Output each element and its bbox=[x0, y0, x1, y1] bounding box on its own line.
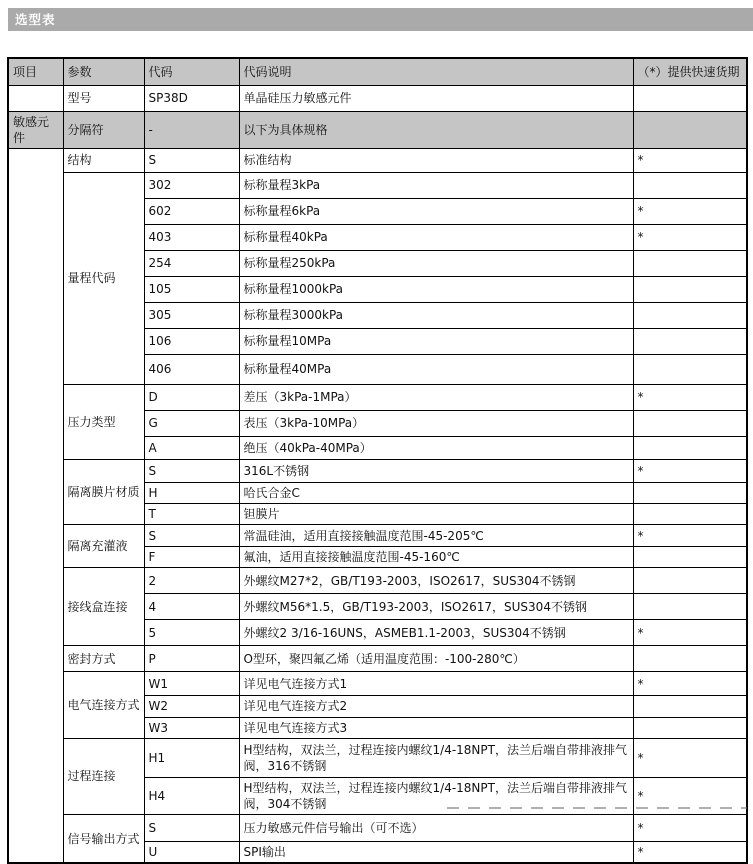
fast-cell bbox=[633, 436, 747, 459]
desc-cell: 表压（3kPa-10MPa） bbox=[239, 410, 633, 436]
fast-cell bbox=[633, 547, 747, 568]
desc-cell: SPI输出 bbox=[239, 842, 633, 864]
code-cell: S bbox=[144, 815, 239, 842]
desc-cell: H型结构，双法兰，过程连接内螺纹1/4-18NPT，法兰后端自带排液排气阀，31… bbox=[239, 738, 633, 777]
code-cell: - bbox=[144, 111, 239, 148]
table-row: 结构 S 标准结构 * bbox=[8, 148, 747, 172]
fast-cell bbox=[633, 696, 747, 717]
header-row: 项目 参数 代码 代码说明 （*）提供快速货期 bbox=[8, 58, 747, 85]
desc-cell: 外螺纹M56*1.5，GB/T193-2003，ISO2617，SUS304不锈… bbox=[239, 594, 633, 620]
fast-cell bbox=[633, 568, 747, 594]
fast-cell bbox=[633, 302, 747, 328]
code-cell: W1 bbox=[144, 672, 239, 696]
page-title: 选型表 bbox=[8, 8, 753, 31]
table-row: 压力类型 D 差压（3kPa-1MPa） * bbox=[8, 384, 747, 410]
code-cell: H1 bbox=[144, 738, 239, 777]
param-cell: 接线盒连接 bbox=[63, 568, 144, 646]
code-cell: S bbox=[144, 525, 239, 547]
param-cell: 分隔符 bbox=[63, 111, 144, 148]
code-cell: F bbox=[144, 547, 239, 568]
code-cell: 302 bbox=[144, 172, 239, 198]
desc-cell: 钽膜片 bbox=[239, 504, 633, 525]
code-cell: 406 bbox=[144, 354, 239, 384]
param-cell: 结构 bbox=[63, 148, 144, 172]
desc-cell: 标称量程40kPa bbox=[239, 224, 633, 250]
desc-cell: 标称量程40MPa bbox=[239, 354, 633, 384]
fast-cell: * bbox=[633, 620, 747, 646]
code-cell: 4 bbox=[144, 594, 239, 620]
fast-cell: * bbox=[633, 384, 747, 410]
desc-cell: 差压（3kPa-1MPa） bbox=[239, 384, 633, 410]
code-cell: W2 bbox=[144, 696, 239, 717]
desc-cell: 标准结构 bbox=[239, 148, 633, 172]
desc-cell: 外螺纹2 3/16-16UNS，ASMEB1.1-2003，SUS304不锈钢 bbox=[239, 620, 633, 646]
desc-cell: 标称量程6kPa bbox=[239, 198, 633, 224]
desc-cell: 标称量程3kPa bbox=[239, 172, 633, 198]
fast-cell: * bbox=[633, 777, 747, 814]
header-code: 代码 bbox=[144, 58, 239, 85]
param-cell: 隔离膜片材质 bbox=[63, 459, 144, 524]
item-cell: 敏感元件 bbox=[8, 111, 63, 148]
fast-cell bbox=[633, 646, 747, 672]
item-cell bbox=[8, 148, 63, 863]
table-row: 隔离充灌液 S 常温硅油，适用直接接触温度范围-45-205℃ * bbox=[8, 525, 747, 547]
table-row: 过程连接 H1 H型结构，双法兰，过程连接内螺纹1/4-18NPT，法兰后端自带… bbox=[8, 738, 747, 777]
code-cell: A bbox=[144, 436, 239, 459]
fast-cell bbox=[633, 276, 747, 302]
fast-cell bbox=[633, 85, 747, 111]
code-cell: H4 bbox=[144, 777, 239, 814]
fast-cell: * bbox=[633, 815, 747, 842]
desc-cell: 标称量程3000kPa bbox=[239, 302, 633, 328]
code-cell: 106 bbox=[144, 328, 239, 354]
fast-cell bbox=[633, 717, 747, 738]
code-cell: 602 bbox=[144, 198, 239, 224]
fast-cell bbox=[633, 410, 747, 436]
param-cell: 量程代码 bbox=[63, 172, 144, 384]
table-row: 电气连接方式 W1 详见电气连接方式1 * bbox=[8, 672, 747, 696]
param-cell: 电气连接方式 bbox=[63, 672, 144, 738]
desc-cell: 哈氏合金C bbox=[239, 482, 633, 503]
desc-cell: 单晶硅压力敏感元件 bbox=[239, 85, 633, 111]
desc-cell: 绝压（40kPa-40MPa） bbox=[239, 436, 633, 459]
fast-cell: * bbox=[633, 842, 747, 864]
table-row: 信号输出方式 S 压力敏感元件信号输出（可不选） * bbox=[8, 815, 747, 842]
code-cell: 403 bbox=[144, 224, 239, 250]
code-cell: P bbox=[144, 646, 239, 672]
desc-cell: O型环，聚四氟乙烯（适用温度范围：-100-280℃） bbox=[239, 646, 633, 672]
desc-cell: 316L不锈钢 bbox=[239, 459, 633, 482]
code-cell: S bbox=[144, 148, 239, 172]
fast-cell bbox=[633, 504, 747, 525]
code-cell: W3 bbox=[144, 717, 239, 738]
param-cell: 过程连接 bbox=[63, 738, 144, 814]
desc-cell: 标称量程250kPa bbox=[239, 250, 633, 276]
code-cell: 254 bbox=[144, 250, 239, 276]
fast-cell: * bbox=[633, 672, 747, 696]
desc-cell: 标称量程1000kPa bbox=[239, 276, 633, 302]
table-row: 密封方式 P O型环，聚四氟乙烯（适用温度范围：-100-280℃） bbox=[8, 646, 747, 672]
fast-cell: * bbox=[633, 459, 747, 482]
fast-cell bbox=[633, 250, 747, 276]
code-cell: 305 bbox=[144, 302, 239, 328]
table-row: 接线盒连接 2 外螺纹M27*2，GB/T193-2003，ISO2617，SU… bbox=[8, 568, 747, 594]
header-param: 参数 bbox=[63, 58, 144, 85]
fast-cell bbox=[633, 172, 747, 198]
param-cell: 压力类型 bbox=[63, 384, 144, 459]
item-cell bbox=[8, 85, 63, 111]
fast-cell: * bbox=[633, 525, 747, 547]
param-cell: 型号 bbox=[63, 85, 144, 111]
desc-cell: 氟油，适用直接接触温度范围-45-160℃ bbox=[239, 547, 633, 568]
desc-cell: 压力敏感元件信号输出（可不选） bbox=[239, 815, 633, 842]
desc-cell: H型结构，双法兰，过程连接内螺纹1/4-18NPT，法兰后端自带排液排气阀，30… bbox=[239, 777, 633, 814]
fast-cell: * bbox=[633, 148, 747, 172]
desc-cell: 标称量程10MPa bbox=[239, 328, 633, 354]
fast-cell: * bbox=[633, 224, 747, 250]
code-cell: 2 bbox=[144, 568, 239, 594]
code-cell: SP38D bbox=[144, 85, 239, 111]
desc-cell: 详见电气连接方式3 bbox=[239, 717, 633, 738]
header-item: 项目 bbox=[8, 58, 63, 85]
code-cell: D bbox=[144, 384, 239, 410]
param-cell: 隔离充灌液 bbox=[63, 525, 144, 568]
header-desc: 代码说明 bbox=[239, 58, 633, 85]
fast-cell bbox=[633, 354, 747, 384]
code-cell: H bbox=[144, 482, 239, 503]
code-cell: T bbox=[144, 504, 239, 525]
code-cell: U bbox=[144, 842, 239, 864]
selection-table: 项目 参数 代码 代码说明 （*）提供快速货期 型号 SP38D 单晶硅压力敏感… bbox=[7, 57, 748, 864]
fast-cell bbox=[633, 328, 747, 354]
table-row: 型号 SP38D 单晶硅压力敏感元件 bbox=[8, 85, 747, 111]
desc-cell: 详见电气连接方式2 bbox=[239, 696, 633, 717]
fast-cell bbox=[633, 482, 747, 503]
desc-cell: 外螺纹M27*2，GB/T193-2003，ISO2617，SUS304不锈钢 bbox=[239, 568, 633, 594]
desc-cell: 常温硅油，适用直接接触温度范围-45-205℃ bbox=[239, 525, 633, 547]
fast-cell bbox=[633, 111, 747, 148]
table-row: 隔离膜片材质 S 316L不锈钢 * bbox=[8, 459, 747, 482]
code-cell: S bbox=[144, 459, 239, 482]
fast-cell: * bbox=[633, 198, 747, 224]
header-fast-delivery: （*）提供快速货期 bbox=[633, 58, 747, 85]
code-cell: G bbox=[144, 410, 239, 436]
param-cell: 信号输出方式 bbox=[63, 815, 144, 864]
desc-cell: 详见电气连接方式1 bbox=[239, 672, 633, 696]
table-row: 量程代码 302 标称量程3kPa bbox=[8, 172, 747, 198]
code-cell: 5 bbox=[144, 620, 239, 646]
desc-cell: 以下为具体规格 bbox=[239, 111, 633, 148]
param-cell: 密封方式 bbox=[63, 646, 144, 672]
fast-cell bbox=[633, 594, 747, 620]
table-row-separator: 敏感元件 分隔符 - 以下为具体规格 bbox=[8, 111, 747, 148]
code-cell: 105 bbox=[144, 276, 239, 302]
fast-cell: * bbox=[633, 738, 747, 777]
